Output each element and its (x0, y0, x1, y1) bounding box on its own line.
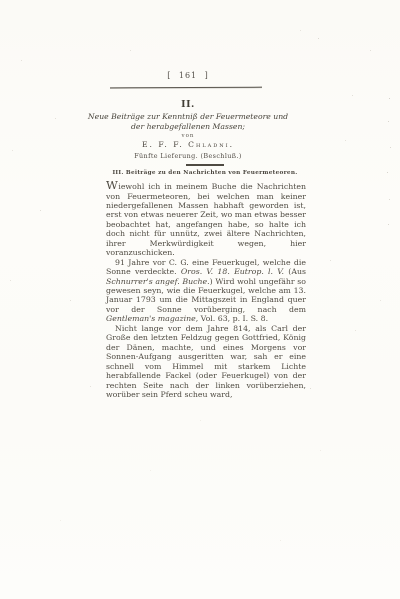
divider-rule (186, 164, 224, 166)
page-number: [ 161 ] (0, 71, 376, 80)
header-rule (110, 87, 262, 89)
author-name: E. F. F. Chladni. (0, 140, 376, 149)
article-title-line2: der herabgefallenen Massen; (0, 122, 376, 132)
paragraph-2-citation-magazine: Gentleman's magazine (106, 314, 196, 323)
body-text-column: Wiewohl ich in meinem Buche die Nachrich… (106, 180, 306, 399)
section-heading: III. Beiträge zu den Nachrichten von Feu… (104, 170, 306, 176)
byline: von (0, 133, 376, 139)
article-title: Neue Beiträge zur Kenntniß der Feuermete… (0, 112, 376, 132)
paragraph-1: Wiewohl ich in meinem Buche die Nachrich… (106, 180, 306, 258)
paragraph-2-citation-schnurrer: Schnurrer's angef. Buche. (106, 277, 210, 286)
paragraph-2: 91 Jahre vor C. G. eine Feuerkugel, welc… (106, 258, 306, 324)
paragraph-3: Nicht lange vor dem Jahre 814, als Carl … (106, 324, 306, 400)
article-title-line1: Neue Beiträge zur Kenntniß der Feuermete… (0, 112, 376, 122)
paragraph-2-text: , Vol. 63, p. I. S. 8. (196, 314, 268, 323)
edition-line: Fünfte Lieferung. (Beschluß.) (0, 152, 376, 160)
paragraph-1-text: iewohl ich in meinem Buche die Nachricht… (106, 182, 306, 257)
paragraph-1-initial-capital: W (106, 178, 118, 192)
paragraph-2-text: (Aus (284, 267, 306, 276)
scan-noise-speckles-faint (0, 0, 1, 1)
scanned-book-page: [ 161 ] II. Neue Beiträge zur Kenntniß d… (0, 0, 400, 599)
paragraph-2-citation-sources: Oros. V. 18. Eutrop. l. V. (181, 267, 284, 276)
article-number-heading: II. (0, 99, 376, 110)
